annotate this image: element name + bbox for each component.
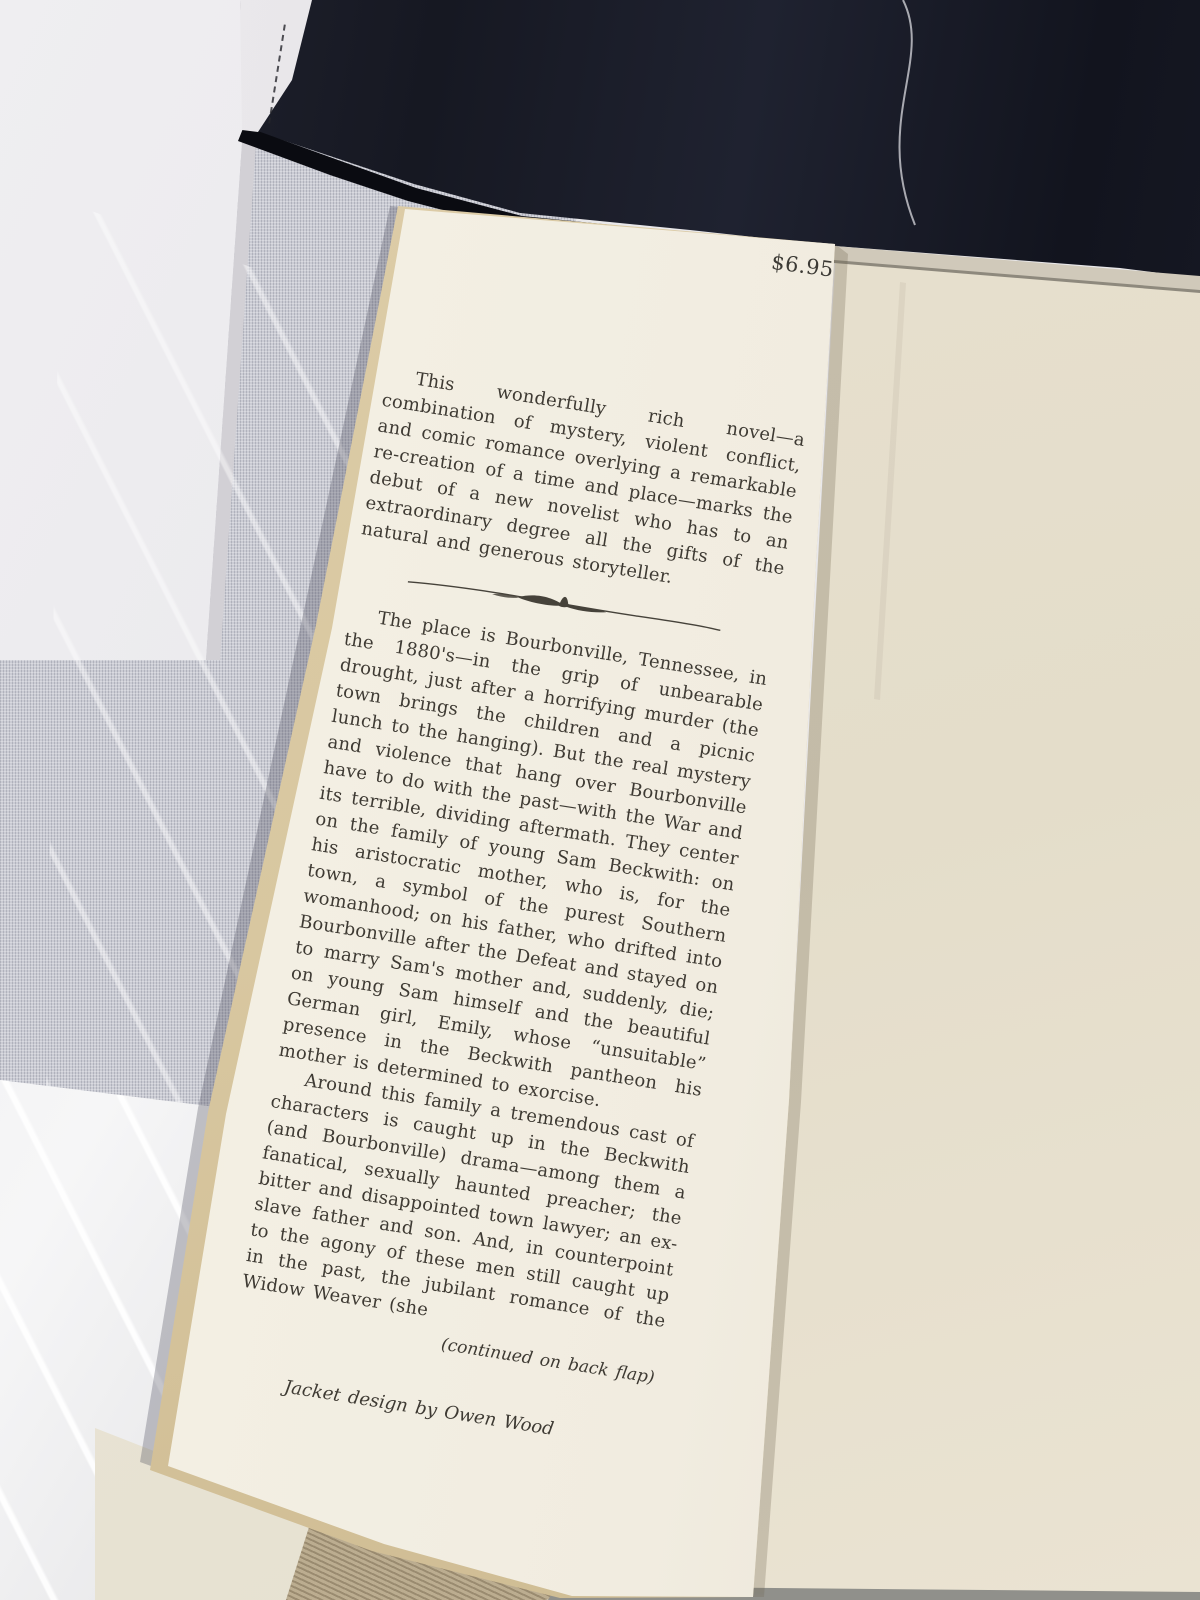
loose-thread	[855, 0, 985, 230]
flap-paragraph-2: The place is Bourbonville, Tennessee, in…	[277, 601, 769, 1130]
book-jacket-photo: $6.95 This wonderfully rich novel—a comb…	[0, 0, 1200, 1600]
